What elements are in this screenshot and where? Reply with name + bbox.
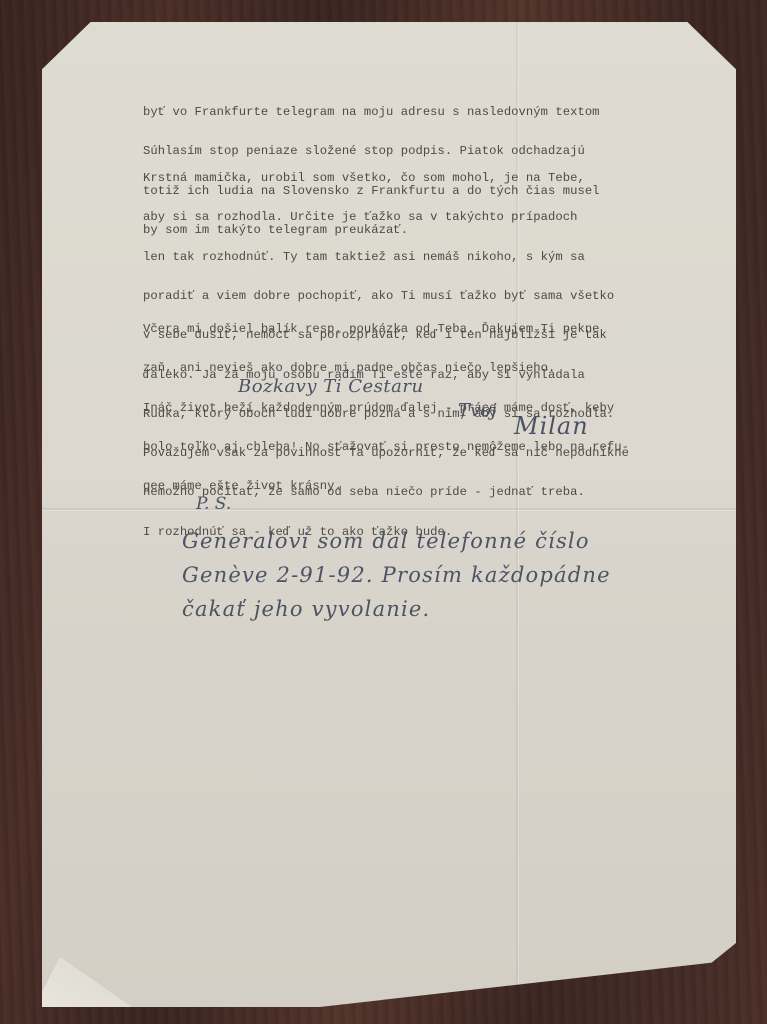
postscript-line: Genève 2-91-92. Prosím každopádne [182, 558, 611, 592]
postscript-label: P. S. [196, 494, 231, 514]
handwritten-yours: Tvoj [458, 400, 497, 421]
folded-corner-bottom-left [42, 957, 132, 1007]
typed-line: gee máme ešte život krásny. [143, 480, 743, 493]
typed-paragraph-3: Včera mi došiel balík resp. poukázka od … [143, 297, 743, 507]
handwritten-closing-greeting: Bozkavy Ti Cestaru [238, 376, 424, 397]
typed-line: aby si sa rozhodla. Určite je ťažko sa v… [143, 211, 743, 224]
typed-line: Ináč život beží každodenným prúdom ďalej… [143, 402, 743, 415]
typed-line: zaň, ani nevieš ako dobre mi padne občas… [143, 362, 743, 375]
typed-line: Včera mi došiel balík resp. poukázka od … [143, 323, 743, 336]
typed-line: Krstná mamička, urobil som všetko, čo so… [143, 172, 743, 185]
typed-line: len tak rozhodnúť. Ty tam taktiež asi ne… [143, 251, 743, 264]
handwritten-signature: Milan [514, 412, 589, 440]
postscript-line: Generalovi som dal telefonné číslo [182, 524, 611, 558]
postscript-body: Generalovi som dal telefonné číslo Genèv… [182, 524, 611, 626]
typed-line: bolo toľko aj chleba! No sťažovať si pre… [143, 441, 743, 454]
typed-line: byť vo Frankfurte telegram na moju adres… [143, 106, 743, 119]
postscript-line: čakať jeho vyvolanie. [182, 592, 611, 626]
